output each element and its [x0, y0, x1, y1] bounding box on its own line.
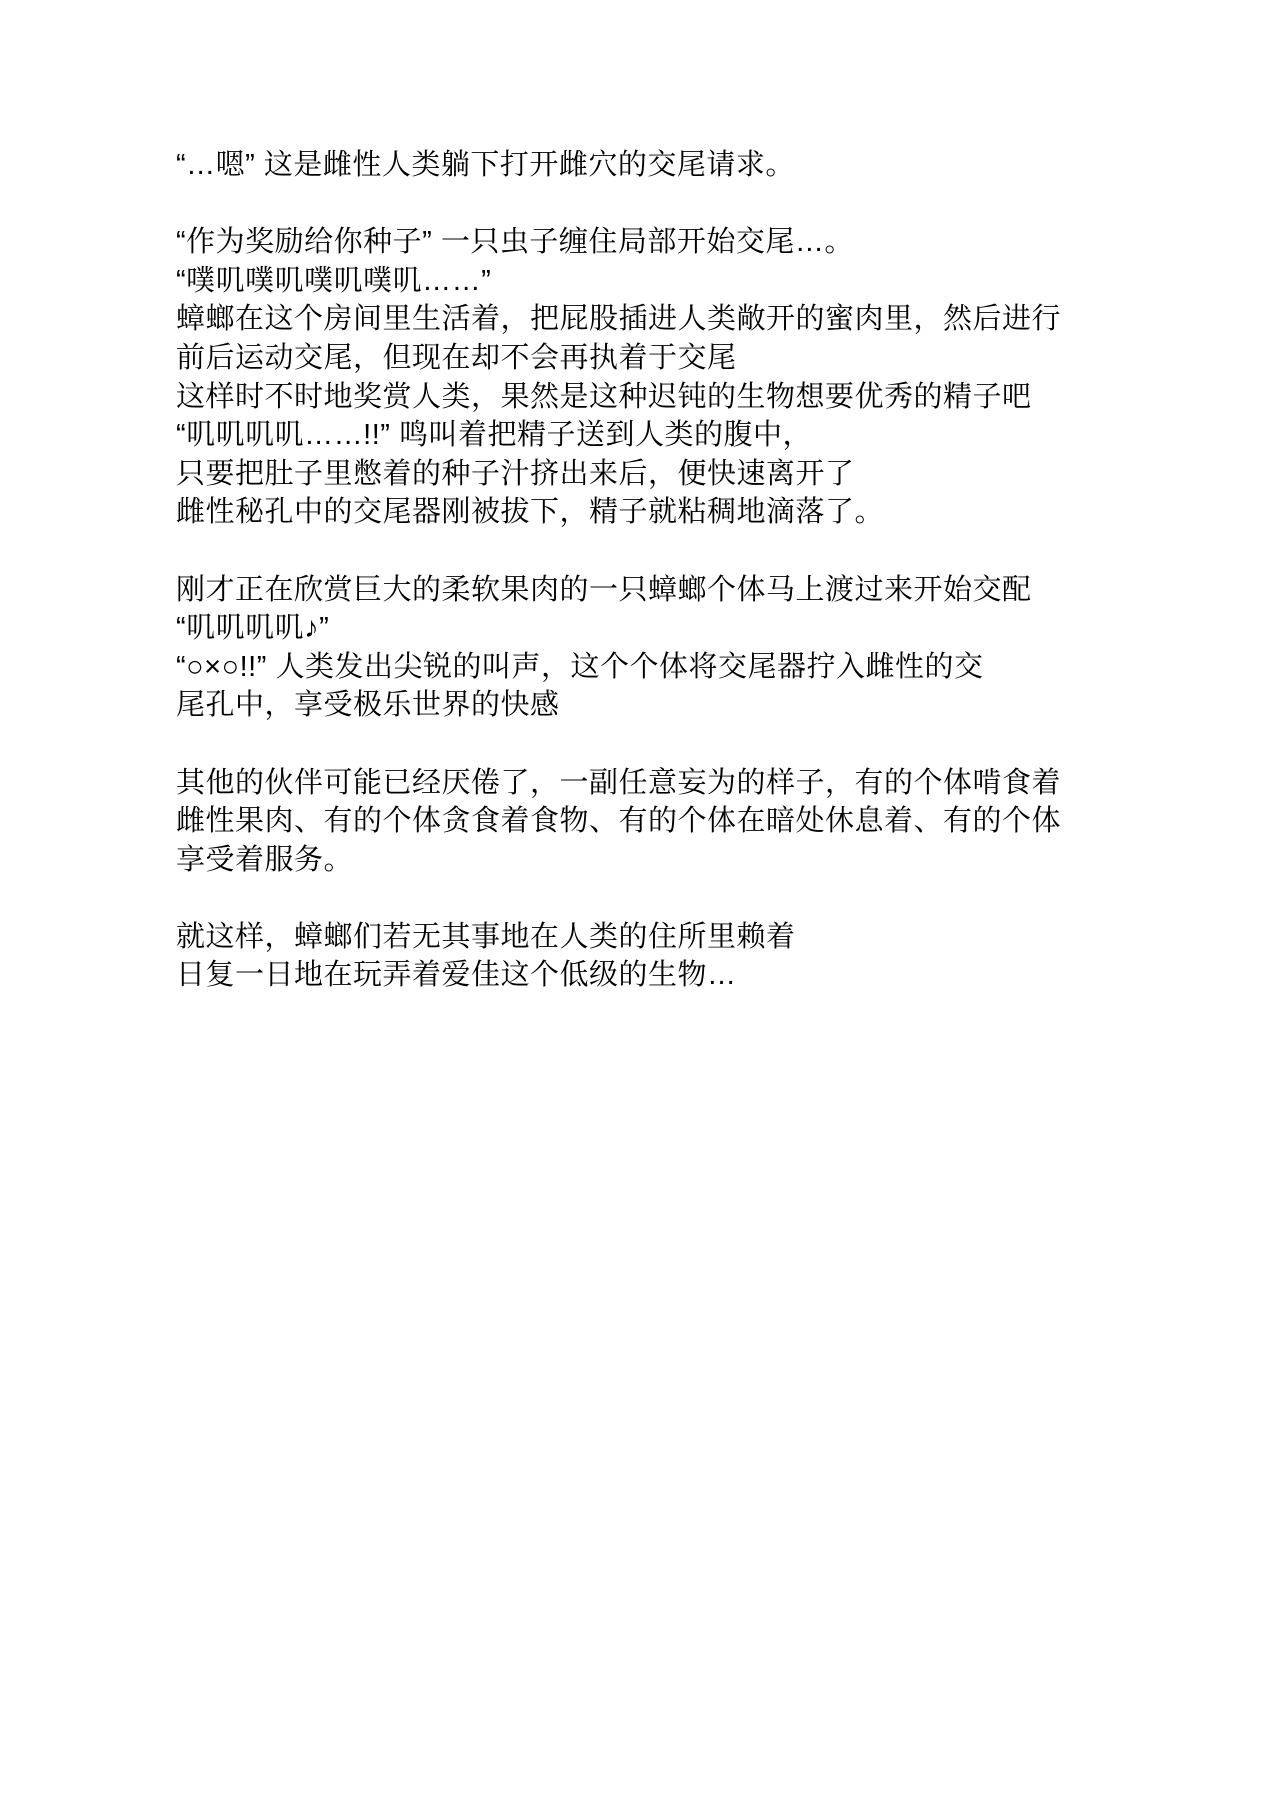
- text-line: 雌性秘孔中的交尾器刚被拔下，精子就粘稠地滴落了。: [176, 493, 1166, 532]
- text-line: “叽叽叽叽♪”: [176, 609, 1166, 648]
- text-line: 只要把肚子里憋着的种子汁挤出来后，便快速离开了: [176, 455, 1166, 494]
- text-line: 享受着服务。: [176, 841, 1166, 880]
- document-page: “…嗯” 这是雌性人类躺下打开雌穴的交尾请求。“作为奖励给你种子” 一只虫子缠住…: [0, 0, 1280, 1811]
- text-line: 前后运动交尾，但现在却不会再执着于交尾: [176, 339, 1166, 378]
- text-line: 就这样，蟑螂们若无其事地在人类的住所里赖着: [176, 918, 1166, 957]
- document-text: “…嗯” 这是雌性人类躺下打开雌穴的交尾请求。“作为奖励给你种子” 一只虫子缠住…: [176, 146, 1166, 995]
- text-line: “噗叽噗叽噗叽噗叽……”: [176, 262, 1166, 301]
- paragraph: “作为奖励给你种子” 一只虫子缠住局部开始交尾…。“噗叽噗叽噗叽噗叽……”蟑螂在…: [176, 223, 1166, 532]
- text-line: 其他的伙伴可能已经厌倦了，一副任意妄为的样子，有的个体啃食着: [176, 764, 1166, 803]
- text-line: 尾孔中，享受极乐世界的快感: [176, 686, 1166, 725]
- text-line: “叽叽叽叽……!!” 鸣叫着把精子送到人类的腹中，: [176, 416, 1166, 455]
- text-line: 刚才正在欣赏巨大的柔软果肉的一只蟑螂个体马上渡过来开始交配: [176, 571, 1166, 610]
- paragraph: “…嗯” 这是雌性人类躺下打开雌穴的交尾请求。: [176, 146, 1166, 185]
- text-line: 蟑螂在这个房间里生活着，把屁股插进人类敞开的蜜肉里，然后进行: [176, 300, 1166, 339]
- text-line: 日复一日地在玩弄着爱佳这个低级的生物…: [176, 956, 1166, 995]
- text-line: “…嗯” 这是雌性人类躺下打开雌穴的交尾请求。: [176, 146, 1166, 185]
- text-line: “○×○!!” 人类发出尖锐的叫声，这个个体将交尾器拧入雌性的交: [176, 648, 1166, 687]
- paragraph: 就这样，蟑螂们若无其事地在人类的住所里赖着日复一日地在玩弄着爱佳这个低级的生物…: [176, 918, 1166, 995]
- paragraph: 其他的伙伴可能已经厌倦了，一副任意妄为的样子，有的个体啃食着雌性果肉、有的个体贪…: [176, 764, 1166, 880]
- paragraph: 刚才正在欣赏巨大的柔软果肉的一只蟑螂个体马上渡过来开始交配“叽叽叽叽♪”“○×○…: [176, 571, 1166, 725]
- text-line: “作为奖励给你种子” 一只虫子缠住局部开始交尾…。: [176, 223, 1166, 262]
- text-line: 这样时不时地奖赏人类，果然是这种迟钝的生物想要优秀的精子吧: [176, 378, 1166, 417]
- text-line: 雌性果肉、有的个体贪食着食物、有的个体在暗处休息着、有的个体: [176, 802, 1166, 841]
